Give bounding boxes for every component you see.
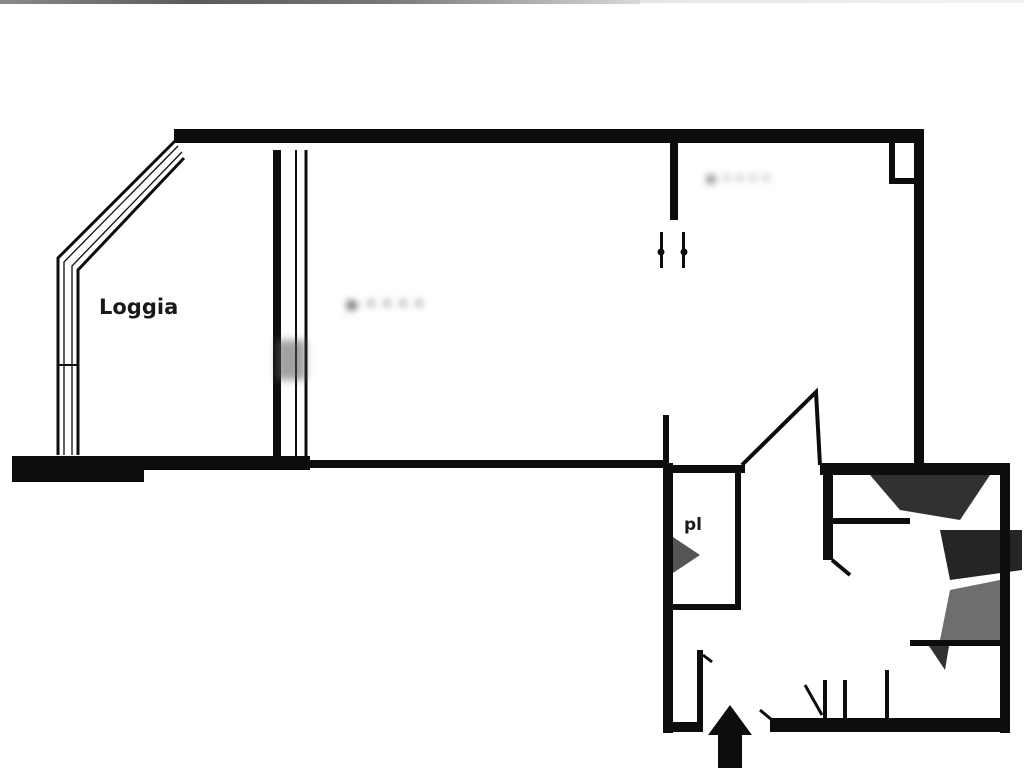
door-marker-knob-left — [658, 249, 665, 256]
living-window — [296, 150, 306, 460]
bath-fixture-blur-4 — [925, 640, 950, 670]
wall-lower-left — [663, 463, 673, 733]
room-label-living-obscured: ▸ · · · · — [348, 292, 423, 317]
door-marker-knob-right — [681, 249, 688, 256]
wall-entry-stub — [663, 415, 669, 465]
fixture-line-1 — [823, 680, 827, 720]
wall-kitchen-stub — [670, 140, 678, 220]
wall-closet-top — [663, 465, 745, 473]
room-label-kitchen-obscured: ▸ · · · · — [708, 168, 769, 189]
closet-blur — [670, 535, 700, 575]
window-blur — [276, 340, 306, 380]
room-label-loggia: Loggia — [99, 295, 178, 319]
bath-fixture-blur-3 — [940, 580, 1000, 640]
bath-door-swing — [832, 560, 850, 575]
room-label-closet: pl — [684, 515, 702, 535]
wall-right-lower — [1000, 463, 1010, 733]
floor-plan — [0, 0, 1024, 768]
wall-closet-right — [735, 470, 741, 610]
wall-bottom-living — [300, 460, 665, 468]
wall-bottom-loggia — [60, 456, 310, 470]
fixture-diagonal — [805, 685, 822, 715]
wall-bath-lower — [910, 640, 1005, 646]
wall-top — [174, 129, 924, 143]
fixture-line-2 — [843, 680, 847, 720]
wall-bath-inner — [830, 518, 910, 524]
wall-bath-left — [823, 470, 833, 560]
wall-bath-top — [820, 463, 1010, 475]
wall-bottom-lower — [770, 718, 1010, 732]
wall-closet-bottom — [670, 604, 740, 610]
fixture-line-3 — [885, 670, 889, 720]
niche-left — [889, 140, 895, 184]
niche-bottom — [889, 178, 919, 184]
entrance-arrow-icon — [708, 705, 752, 768]
wall-entry-jamb — [697, 650, 703, 730]
entry-angled-wall — [742, 392, 820, 465]
entry-door-swing-2 — [760, 710, 772, 720]
bath-fixture-blur — [870, 475, 990, 520]
wall-loggia-partition — [273, 150, 281, 460]
entry-door-swing — [703, 655, 712, 662]
